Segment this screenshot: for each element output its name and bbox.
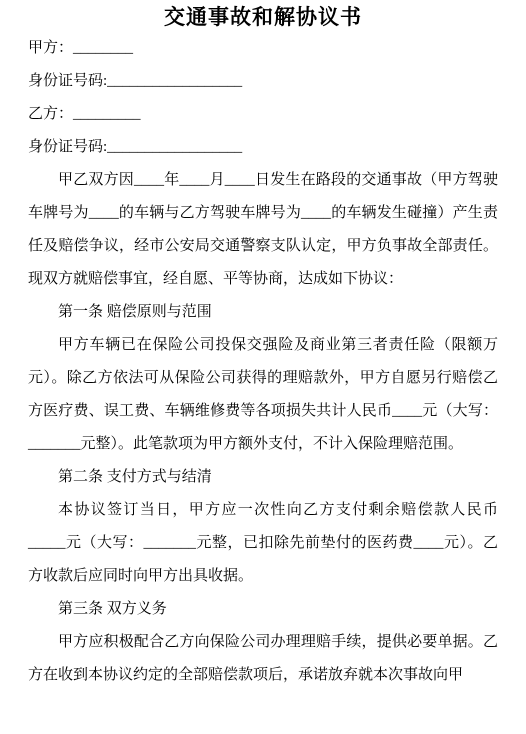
document-title: 交通事故和解协议书: [28, 2, 498, 32]
section-2-heading: 第二条 支付方式与结清: [28, 461, 498, 494]
party-a-field: 甲方：________: [28, 32, 498, 65]
intro-paragraph: 甲乙双方因____年____月____日发生在路段的交通事故（甲方驾驶车牌号为_…: [28, 164, 498, 296]
party-b-field: 乙方：_________: [28, 98, 498, 131]
section-1-heading: 第一条 赔偿原则与范围: [28, 296, 498, 329]
section-2-paragraph: 本协议签订当日，甲方应一次性向乙方支付剩余赔偿款人民币_____元（大写：___…: [28, 494, 498, 593]
party-b-id-field: 身份证号码:__________________: [28, 131, 498, 164]
section-1-paragraph: 甲方车辆已在保险公司投保交强险及商业第三者责任险（限额万元）。除乙方依法可从保险…: [28, 329, 498, 461]
section-3-heading: 第三条 双方义务: [28, 593, 498, 626]
document-page: 交通事故和解协议书 甲方：________ 身份证号码:____________…: [0, 0, 526, 734]
section-3-paragraph: 甲方应积极配合乙方向保险公司办理理赔手续，提供必要单据。乙方在收到本协议约定的全…: [28, 626, 498, 692]
party-info-block: 甲方：________ 身份证号码:__________________ 乙方：…: [28, 32, 498, 164]
party-a-id-field: 身份证号码:__________________: [28, 65, 498, 98]
